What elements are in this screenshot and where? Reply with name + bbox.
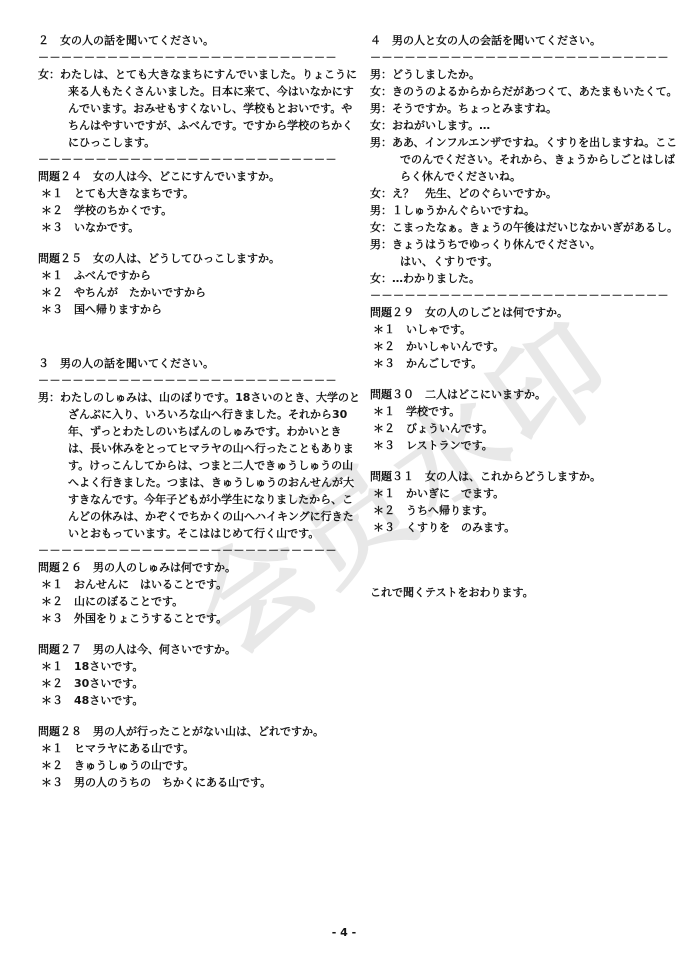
dialogue-line: 女：おねがいします。… (370, 117, 680, 134)
dialogue-text: おねがいします。… (392, 119, 490, 132)
dialogue-line: 女：…わかりました。 (370, 270, 680, 287)
question: 問題２６ 男の人のしゅみは何ですか。 (38, 559, 360, 576)
dialogue-line: 男：ああ、インフルエンザですね。くすりを出しますね。ここでのんでください。それか… (370, 134, 680, 185)
answer-option: ＊３ くすりを のみます。 (373, 519, 680, 536)
speaker-label: 女： (370, 221, 392, 234)
answer-option: ＊３ 国へ帰りますから (41, 301, 360, 318)
dialogue-line: 女：わたしは、とても大きなまちにすんでいました。りょこうに来る人もたくさんいまし… (38, 66, 360, 151)
dialogue-text: わたしのしゅみは、山のぼりです。18さいのとき、大学のとざんぶに入り、いろいろな… (60, 391, 360, 540)
spacer (38, 236, 360, 250)
speaker-label: 女： (370, 85, 392, 98)
answer-option: ＊２ かいしゃいんです。 (373, 338, 680, 355)
speaker-label: 男： (370, 204, 392, 217)
spacer (38, 709, 360, 723)
dialogue-text: きょうはうちでゆっくり休んでください。 はい、くすりです。 (392, 238, 601, 268)
dialogue-line: 男：きょうはうちでゆっくり休んでください。 はい、くすりです。 (370, 236, 680, 270)
question: 問題３０ 二人はどこにいますか。 (370, 386, 680, 403)
speaker-label: 男： (370, 102, 392, 115)
answer-option: ＊３ 48さいです。 (41, 692, 360, 709)
page-number: - 4 - (0, 926, 688, 939)
answer-option: ＊２ 30さいです。 (41, 675, 360, 692)
document-page: { "page": { "footer": "- 4 -", "watermar… (0, 0, 688, 971)
divider: －－－－－－－－－－－－－－－－－－－－－－－－－－ (38, 49, 360, 66)
answer-option: ＊２ 山にのぼることです。 (41, 593, 360, 610)
answer-option: ＊１ とても大きなまちです。 (41, 185, 360, 202)
speaker-label: 女： (370, 272, 392, 285)
spacer (370, 454, 680, 468)
spacer (38, 627, 360, 641)
dialogue-text: そうですか。ちょっとみますね。 (392, 102, 557, 115)
closing-note: これで聞くテストをおわります。 (370, 584, 680, 601)
answer-option: ＊２ きゅうしゅうの山です。 (41, 757, 360, 774)
speaker-label: 女： (38, 68, 60, 81)
question: 問題２８ 男の人が行ったことがない山は、どれですか。 (38, 723, 360, 740)
divider: －－－－－－－－－－－－－－－－－－－－－－－－－－ (370, 49, 680, 66)
dialogue-text: こまったなぁ。きょうの午後はだいじなかいぎがあるし。 (392, 221, 678, 234)
dialogue-text: １しゅうかんぐらいですね。 (392, 204, 535, 217)
answer-option: ＊３ いなかです。 (41, 219, 360, 236)
dialogue-text: え？ 先生、どのぐらいですか。 (392, 187, 557, 200)
spacer (370, 372, 680, 386)
answer-option: ＊１ ふべんですから (41, 267, 360, 284)
dialogue-text: きのうのよるからからだがあつくて、あたまもいたくて。 (392, 85, 678, 98)
speaker-label: 男： (38, 391, 60, 404)
speaker-label: 女： (370, 119, 392, 132)
question: 問題３１ 女の人は、これからどうしますか。 (370, 468, 680, 485)
dialogue-line: 男：そうですか。ちょっとみますね。 (370, 100, 680, 117)
answer-option: ＊１ 学校です。 (373, 403, 680, 420)
answer-option: ＊２ うちへ帰ります。 (373, 502, 680, 519)
question: 問題２７ 男の人は今、何さいですか。 (38, 641, 360, 658)
answer-option: ＊２ 学校のちかくです。 (41, 202, 360, 219)
dialogue-line: 女：こまったなぁ。きょうの午後はだいじなかいぎがあるし。 (370, 219, 680, 236)
dialogue-text: …わかりました。 (392, 272, 480, 285)
answer-option: ＊１ かいぎに でます。 (373, 485, 680, 502)
divider: －－－－－－－－－－－－－－－－－－－－－－－－－－ (38, 372, 360, 389)
answer-option: ＊２ やちんが たかいですから (41, 284, 360, 301)
answer-option: ＊１ おんせんに はいることです。 (41, 576, 360, 593)
question: 問題２９ 女の人のしごとは何ですか。 (370, 304, 680, 321)
dialogue-text: ああ、インフルエンザですね。くすりを出しますね。ここでのんでください。それから、… (392, 136, 677, 183)
divider: －－－－－－－－－－－－－－－－－－－－－－－－－－ (370, 287, 680, 304)
question: 問題２４ 女の人は今、どこにすんでいますか。 (38, 168, 360, 185)
section-heading: ３ 男の人の話を聞いてください。 (38, 355, 360, 372)
two-column-text-layout: ２ 女の人の話を聞いてください。－－－－－－－－－－－－－－－－－－－－－－－－… (0, 0, 688, 791)
answer-option: ＊３ 男の人のうちの ちかくにある山です。 (41, 774, 360, 791)
dialogue-line: 男：どうしましたか。 (370, 66, 680, 83)
speaker-label: 女： (370, 187, 392, 200)
dialogue-text: どうしましたか。 (392, 68, 480, 81)
divider: －－－－－－－－－－－－－－－－－－－－－－－－－－ (38, 151, 360, 168)
answer-option: ＊１ ヒマラヤにある山です。 (41, 740, 360, 757)
answer-option: ＊３ かんごしです。 (373, 355, 680, 372)
divider: －－－－－－－－－－－－－－－－－－－－－－－－－－ (38, 542, 360, 559)
section-heading: ４ 男の人と女の人の会話を聞いてください。 (370, 32, 680, 49)
answer-option: ＊２ びょういんです。 (373, 420, 680, 437)
speaker-label: 男： (370, 238, 392, 251)
dialogue-line: 男：１しゅうかんぐらいですね。 (370, 202, 680, 219)
speaker-label: 男： (370, 136, 392, 149)
dialogue-line: 男：わたしのしゅみは、山のぼりです。18さいのとき、大学のとざんぶに入り、いろい… (38, 389, 360, 542)
section-heading: ２ 女の人の話を聞いてください。 (38, 32, 360, 49)
answer-option: ＊３ 外国をりょこうすることです。 (41, 610, 360, 627)
dialogue-text: わたしは、とても大きなまちにすんでいました。りょこうに来る人もたくさんいました。… (60, 68, 357, 149)
answer-option: ＊１ いしゃです。 (373, 321, 680, 338)
right-column: ４ 男の人と女の人の会話を聞いてください。－－－－－－－－－－－－－－－－－－－… (370, 32, 680, 791)
question: 問題２５ 女の人は、どうしてひっこしますか。 (38, 250, 360, 267)
dialogue-line: 女：きのうのよるからからだがあつくて、あたまもいたくて。 (370, 83, 680, 100)
answer-option: ＊１ 18さいです。 (41, 658, 360, 675)
spacer (370, 536, 680, 584)
dialogue-line: 女：え？ 先生、どのぐらいですか。 (370, 185, 680, 202)
speaker-label: 男： (370, 68, 392, 81)
answer-option: ＊３ レストランです。 (373, 437, 680, 454)
spacer (38, 318, 360, 355)
left-column: ２ 女の人の話を聞いてください。－－－－－－－－－－－－－－－－－－－－－－－－… (38, 32, 360, 791)
